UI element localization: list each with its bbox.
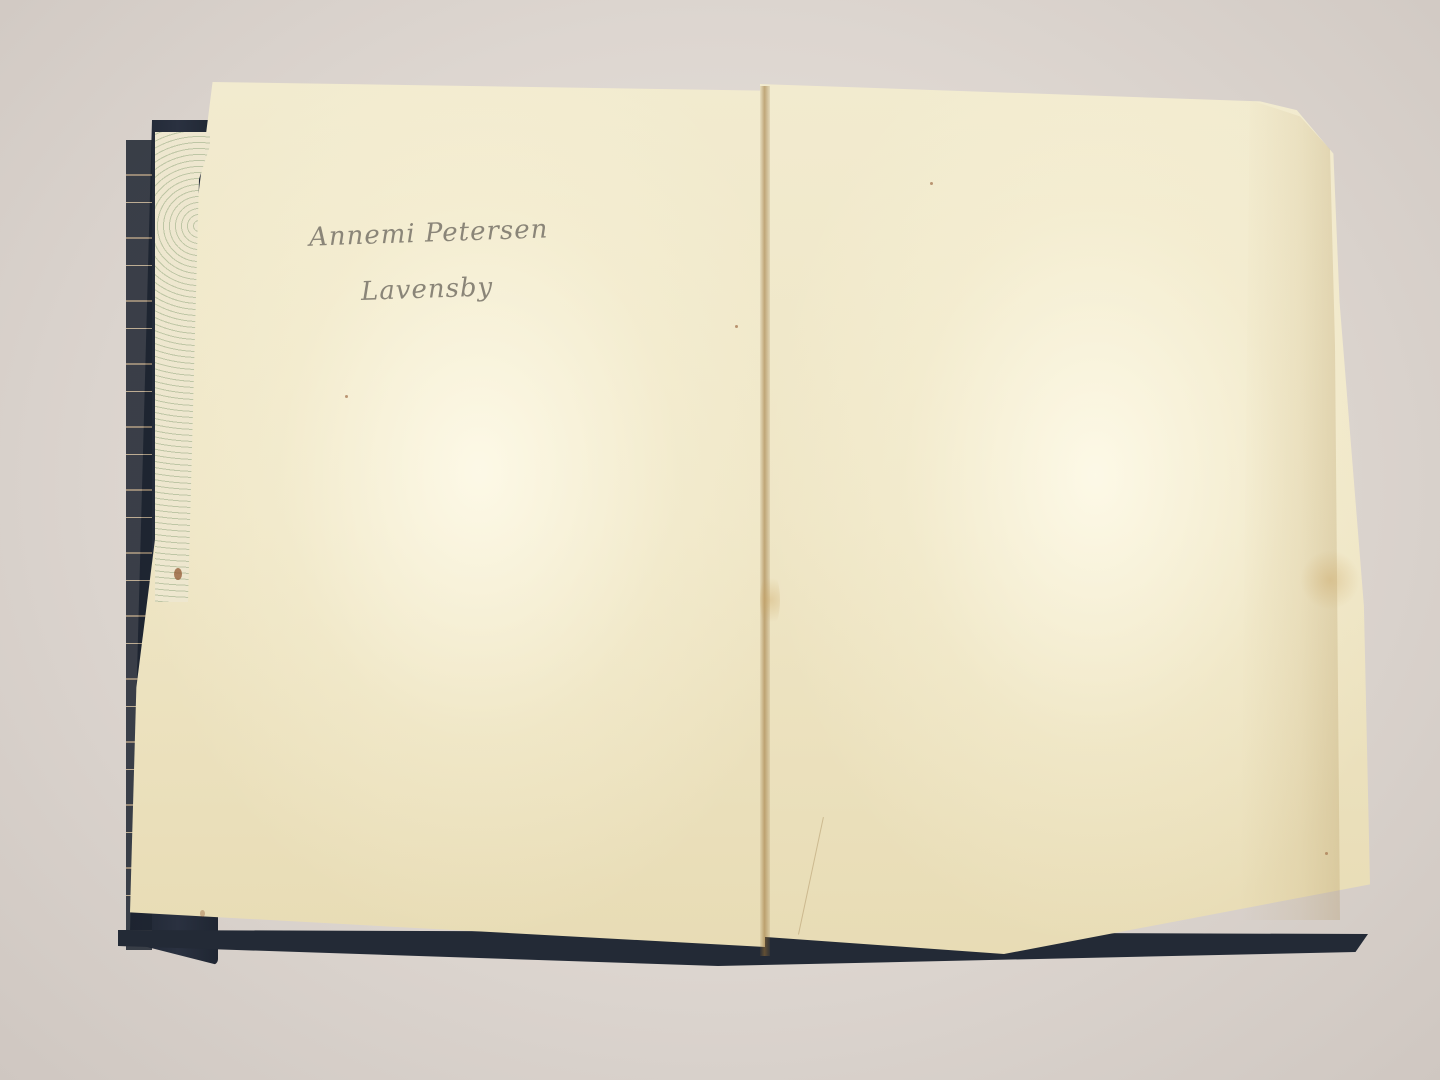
inscription-name: Annemi Petersen [308, 200, 580, 265]
handwritten-inscription: Annemi Petersen Lavensby [308, 200, 582, 321]
stain-spot [174, 568, 182, 580]
foxing-mark [1300, 550, 1360, 610]
stain-spot [1325, 852, 1328, 855]
stain-spot [930, 182, 933, 185]
inscription-place: Lavensby [310, 256, 582, 321]
right-page-edge-shading [1240, 100, 1340, 920]
stain-spot [345, 395, 348, 398]
foxing-mark [760, 570, 780, 630]
stain-spot [735, 325, 738, 328]
photo-scene: Annemi Petersen Lavensby [0, 0, 1440, 1080]
stain-spot [200, 910, 205, 917]
book-gutter [760, 86, 770, 956]
